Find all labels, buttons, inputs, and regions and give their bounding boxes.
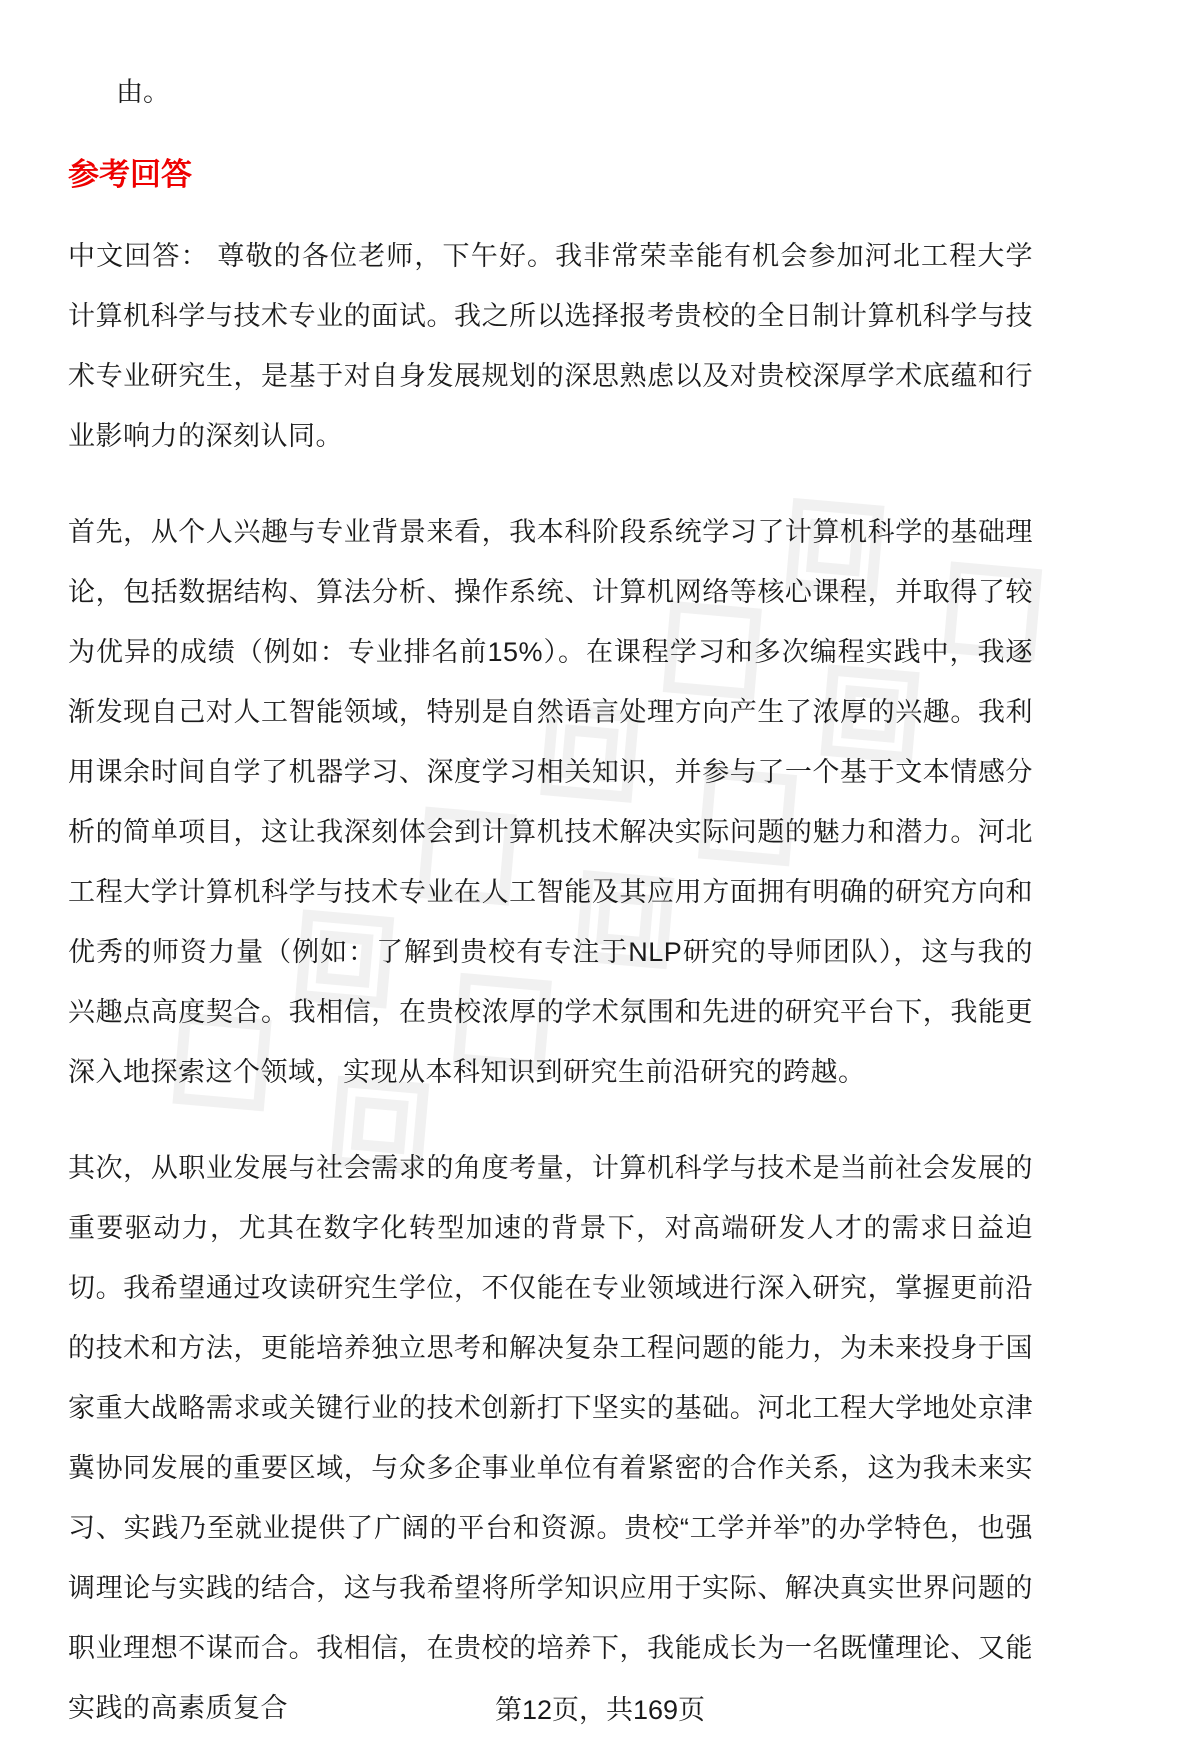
- carryover-text: 由。: [116, 72, 1033, 112]
- document-body: 由。 参考回答 中文回答： 尊敬的各位老师，下午好。我非常荣幸能有机会参加河北工…: [68, 0, 1033, 1738]
- answer-paragraph-career-demand: 其次，从职业发展与社会需求的角度考量，计算机科学与技术是当前社会发展的重要驱动力…: [68, 1138, 1033, 1738]
- page-number: 第12页，共169页: [0, 1691, 1200, 1729]
- section-heading: 参考回答: [68, 156, 1033, 194]
- answer-paragraph-intro: 中文回答： 尊敬的各位老师，下午好。我非常荣幸能有机会参加河北工程大学计算机科学…: [68, 226, 1033, 466]
- answer-paragraph-interest-background: 首先，从个人兴趣与专业背景来看，我本科阶段系统学习了计算机科学的基础理论，包括数…: [68, 502, 1033, 1102]
